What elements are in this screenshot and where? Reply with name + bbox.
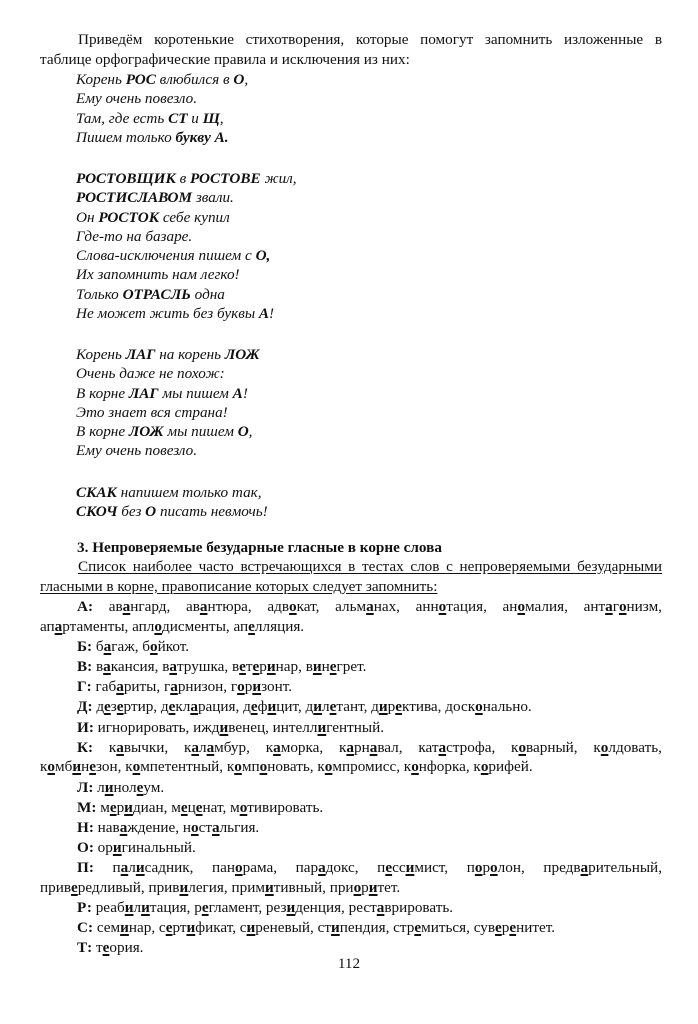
word-group: Д: дезертир, декларация, дефицит, дилета… <box>40 697 662 717</box>
word-group: К: кавычки, каламбур, каморка, карнавал,… <box>40 738 662 777</box>
group-words: габариты, гарнизон, горизонт. <box>96 678 292 695</box>
word-group: И: игнорировать, иждивенец, интеллигентн… <box>40 718 662 738</box>
poem-line: Ему очень повезло. <box>76 89 248 108</box>
group-words: меридиан, меценат, мотивировать. <box>100 799 323 816</box>
group-letter: Л: <box>77 779 97 796</box>
poem-line: Корень РОС влюбился в О, <box>76 70 248 89</box>
group-letter: М: <box>77 799 100 816</box>
group-words: оригинальный. <box>98 839 196 856</box>
group-letter: С: <box>77 919 97 936</box>
group-words: игнорировать, иждивенец, интеллигентный. <box>98 719 384 736</box>
group-letter: П: <box>77 859 113 876</box>
group-letter: Н: <box>77 819 98 836</box>
poem-line: Корень ЛАГ на корень ЛОЖ <box>76 345 260 364</box>
poem-line: Слова-исключения пишем с О, <box>76 246 297 265</box>
word-group: В: вакансия, ватрушка, ветеринар, винегр… <box>40 657 662 677</box>
poem-ros: Корень РОС влюбился в О,Ему очень повезл… <box>76 70 248 147</box>
group-letter: Т: <box>77 939 96 956</box>
word-group: Н: наваждение, ностальгия. <box>40 818 662 838</box>
word-group: С: семинар, сертификат, сиреневый, стипе… <box>40 918 662 938</box>
word-group: О: оригинальный. <box>40 838 662 858</box>
group-words: реабилитация, регламент, резиденция, рес… <box>96 899 453 916</box>
group-letter: Г: <box>77 678 96 695</box>
poem-line: Он РОСТОК себе купил <box>76 208 297 227</box>
poem-lag-lozh: Корень ЛАГ на корень ЛОЖОчень даже не по… <box>76 345 260 461</box>
group-words: кавычки, каламбур, каморка, карнавал, ка… <box>40 739 662 776</box>
poem-line: Там, где есть СТ и Щ, <box>76 109 248 128</box>
poem-line: Где-то на базаре. <box>76 227 297 246</box>
group-words: семинар, сертификат, сиреневый, стипенди… <box>97 919 555 936</box>
word-list: А: авангард, авантюра, адвокат, альманах… <box>40 597 662 959</box>
word-group: Б: багаж, бойкот. <box>40 637 662 657</box>
poem-line: Пишем только букву А. <box>76 128 248 147</box>
group-words: авангард, авантюра, адвокат, альманах, а… <box>40 598 662 635</box>
group-letter: А: <box>77 598 109 615</box>
group-letter: И: <box>77 719 98 736</box>
group-words: палисадник, панорама, парадокс, пессимис… <box>40 859 662 896</box>
section-lead: Список наиболее часто встречающихся в те… <box>40 557 662 596</box>
poem-line: Их запомнить нам легко! <box>76 265 297 284</box>
group-letter: В: <box>77 658 96 675</box>
document-page: Приведём коротенькие стихотворения, кото… <box>0 0 698 1024</box>
poem-line: Ему очень повезло. <box>76 441 260 460</box>
group-letter: Б: <box>77 638 96 655</box>
word-group: Л: линолеум. <box>40 778 662 798</box>
intro-paragraph: Приведём коротенькие стихотворения, кото… <box>40 30 662 69</box>
poem-line: В корне ЛАГ мы пишем А! <box>76 384 260 403</box>
poem-line: Только ОТРАСЛЬ одна <box>76 285 297 304</box>
group-words: линолеум. <box>97 779 164 796</box>
word-group: Г: габариты, гарнизон, горизонт. <box>40 677 662 697</box>
group-letter: К: <box>77 739 109 756</box>
group-letter: Р: <box>77 899 96 916</box>
poem-line: РОСТОВЩИК в РОСТОВЕ жил, <box>76 169 297 188</box>
poem-line: СКОЧ без О писать невмочь! <box>76 502 268 521</box>
word-group: А: авангард, авантюра, адвокат, альманах… <box>40 597 662 636</box>
group-words: дезертир, декларация, дефицит, дилетант,… <box>96 698 531 715</box>
poem-rostovshchik: РОСТОВЩИК в РОСТОВЕ жил,РОСТИСЛАВОМ звал… <box>76 169 297 323</box>
poem-line: В корне ЛОЖ мы пишем О, <box>76 422 260 441</box>
poem-line: СКАК напишем только так, <box>76 483 268 502</box>
word-group: П: палисадник, панорама, парадокс, песси… <box>40 858 662 897</box>
group-letter: Д: <box>77 698 96 715</box>
group-words: вакансия, ватрушка, ветеринар, винегрет. <box>96 658 366 675</box>
poem-line: Не может жить без буквы А! <box>76 304 297 323</box>
group-words: багаж, бойкот. <box>96 638 189 655</box>
group-words: теория. <box>96 939 144 956</box>
word-group: Р: реабилитация, регламент, резиденция, … <box>40 898 662 918</box>
page-number: 112 <box>0 955 698 973</box>
section-heading: 3. Непроверяемые безударные гласные в ко… <box>77 538 442 558</box>
group-letter: О: <box>77 839 98 856</box>
group-words: наваждение, ностальгия. <box>98 819 260 836</box>
poem-skak-skoch: СКАК напишем только так,СКОЧ без О писат… <box>76 483 268 522</box>
poem-line: Очень даже не похож: <box>76 364 260 383</box>
poem-line: РОСТИСЛАВОМ звали. <box>76 188 297 207</box>
poem-line: Это знает вся страна! <box>76 403 260 422</box>
word-group: М: меридиан, меценат, мотивировать. <box>40 798 662 818</box>
